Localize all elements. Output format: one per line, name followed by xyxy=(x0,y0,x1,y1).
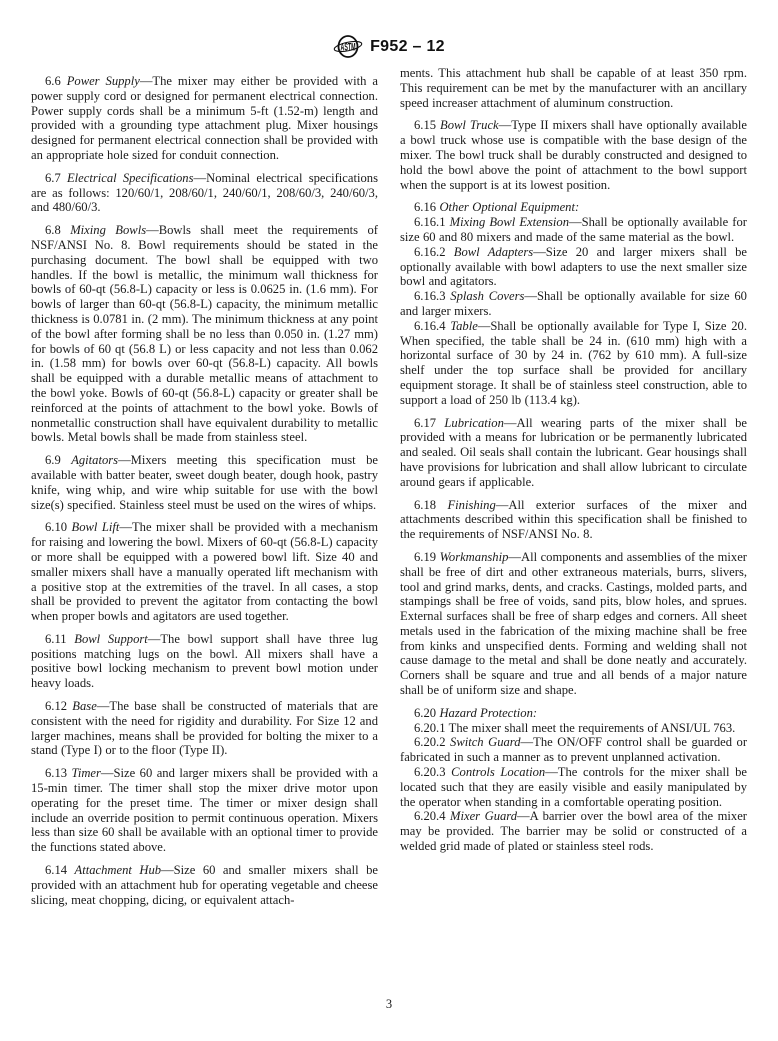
section-text: All components and assemblies of the mix… xyxy=(400,550,747,697)
section-title: Attachment Hub xyxy=(75,863,162,877)
section-title: Bowl Truck xyxy=(440,118,499,132)
standard-designation: F952 – 12 xyxy=(370,38,445,56)
section-title: Mixing Bowls xyxy=(70,223,146,237)
section-number: 6.12 xyxy=(45,699,72,713)
section-number: 6.10 xyxy=(45,520,72,534)
section-6.13: 6.13 Timer—Size 60 and larger mixers sha… xyxy=(31,766,378,855)
section-6.20.3: 6.20.3 Controls Location—The controls fo… xyxy=(400,765,747,809)
section-title: Mixer Guard xyxy=(450,809,517,823)
section-text: The mixer shall meet the requirements of… xyxy=(449,721,736,735)
right-column: ments. This attachment hub shall be capa… xyxy=(400,66,747,907)
section-title: Workmanship xyxy=(440,550,509,564)
section-number: 6.20.3 xyxy=(414,765,451,779)
section-title: Hazard Protection: xyxy=(439,706,537,720)
section-number: 6.20 xyxy=(414,706,439,720)
page-footer: 3 xyxy=(0,997,778,1012)
astm-logo-icon: ASTM xyxy=(333,33,363,60)
section-title: Splash Covers xyxy=(450,289,524,303)
continued-paragraph: ments. This attachment hub shall be capa… xyxy=(400,66,747,110)
section-6.16.3: 6.16.3 Splash Covers—Shall be optionally… xyxy=(400,289,747,319)
section-6.12: 6.12 Base—The base shall be constructed … xyxy=(31,699,378,758)
section-title: Lubrication xyxy=(444,416,503,430)
section-title: Switch Guard xyxy=(450,735,521,749)
section-title: Controls Location xyxy=(451,765,545,779)
section-number: 6.9 xyxy=(45,453,71,467)
section-number: 6.16.3 xyxy=(414,289,450,303)
section-number: 6.16.4 xyxy=(414,319,450,333)
section-number: 6.11 xyxy=(45,632,74,646)
section-6.20: 6.20 Hazard Protection: xyxy=(400,706,747,721)
left-column: 6.6 Power Supply—The mixer may either be… xyxy=(31,66,378,907)
section-6.20.2: 6.20.2 Switch Guard—The ON/OFF control s… xyxy=(400,735,747,765)
document-page: ASTM F952 – 12 6.6 Power Supply—The mixe… xyxy=(0,0,778,1041)
section-title: Agitators xyxy=(71,453,118,467)
section-number: 6.16 xyxy=(414,200,439,214)
section-title: Bowl Lift xyxy=(72,520,120,534)
section-title: Bowl Adapters xyxy=(454,245,533,259)
section-number: 6.20.1 xyxy=(414,721,449,735)
section-number: 6.8 xyxy=(45,223,70,237)
document-body: 6.6 Power Supply—The mixer may either be… xyxy=(31,66,747,907)
section-6.16.2: 6.16.2 Bowl Adapters—Size 20 and larger … xyxy=(400,245,747,289)
section-6.6: 6.6 Power Supply—The mixer may either be… xyxy=(31,74,378,163)
section-number: 6.19 xyxy=(414,550,440,564)
section-number: 6.14 xyxy=(45,863,75,877)
section-title: Finishing xyxy=(447,498,495,512)
section-6.16: 6.16 Other Optional Equipment: xyxy=(400,200,747,215)
section-title: Power Supply xyxy=(67,74,140,88)
section-6.7: 6.7 Electrical Specifications—Nominal el… xyxy=(31,171,378,215)
section-number: 6.7 xyxy=(45,171,67,185)
section-6.14: 6.14 Attachment Hub—Size 60 and smaller … xyxy=(31,863,378,907)
section-6.16.4: 6.16.4 Table—Shall be optionally availab… xyxy=(400,319,747,408)
page-number: 3 xyxy=(386,997,392,1011)
section-number: 6.17 xyxy=(414,416,444,430)
section-6.10: 6.10 Bowl Lift—The mixer shall be provid… xyxy=(31,520,378,624)
section-6.9: 6.9 Agitators—Mixers meeting this specif… xyxy=(31,453,378,512)
section-text: The mixer shall be provided with a mecha… xyxy=(31,520,378,623)
section-number: 6.6 xyxy=(45,74,67,88)
section-number: 6.20.2 xyxy=(414,735,450,749)
section-6.16.1: 6.16.1 Mixing Bowl Extension—Shall be op… xyxy=(400,215,747,245)
section-number: 6.18 xyxy=(414,498,447,512)
section-number: 6.16.2 xyxy=(414,245,454,259)
section-number: 6.13 xyxy=(45,766,72,780)
section-6.20.4: 6.20.4 Mixer Guard—A barrier over the bo… xyxy=(400,809,747,853)
section-text: Bowls shall meet the requirements of NSF… xyxy=(31,223,378,444)
section-number: 6.15 xyxy=(414,118,440,132)
section-6.17: 6.17 Lubrication—All wearing parts of th… xyxy=(400,416,747,490)
section-number: 6.20.4 xyxy=(414,809,450,823)
section-6.11: 6.11 Bowl Support—The bowl support shall… xyxy=(31,632,378,691)
section-title: Base xyxy=(72,699,96,713)
section-6.15: 6.15 Bowl Truck—Type II mixers shall hav… xyxy=(400,118,747,192)
section-title: Other Optional Equipment: xyxy=(439,200,579,214)
section-number: 6.16.1 xyxy=(414,215,450,229)
section-title: Table xyxy=(450,319,478,333)
section-title: Electrical Specifications xyxy=(67,171,194,185)
svg-text:ASTM: ASTM xyxy=(341,42,356,54)
section-title: Timer xyxy=(72,766,101,780)
section-6.20.1: 6.20.1 The mixer shall meet the requirem… xyxy=(400,721,747,736)
section-6.19: 6.19 Workmanship—All components and asse… xyxy=(400,550,747,698)
section-title: Bowl Support xyxy=(74,632,147,646)
page-header: ASTM F952 – 12 xyxy=(0,33,778,60)
section-6.8: 6.8 Mixing Bowls—Bowls shall meet the re… xyxy=(31,223,378,445)
section-text: ments. This attachment hub shall be capa… xyxy=(400,66,747,110)
section-6.18: 6.18 Finishing—All exterior surfaces of … xyxy=(400,498,747,542)
section-title: Mixing Bowl Extension xyxy=(450,215,569,229)
